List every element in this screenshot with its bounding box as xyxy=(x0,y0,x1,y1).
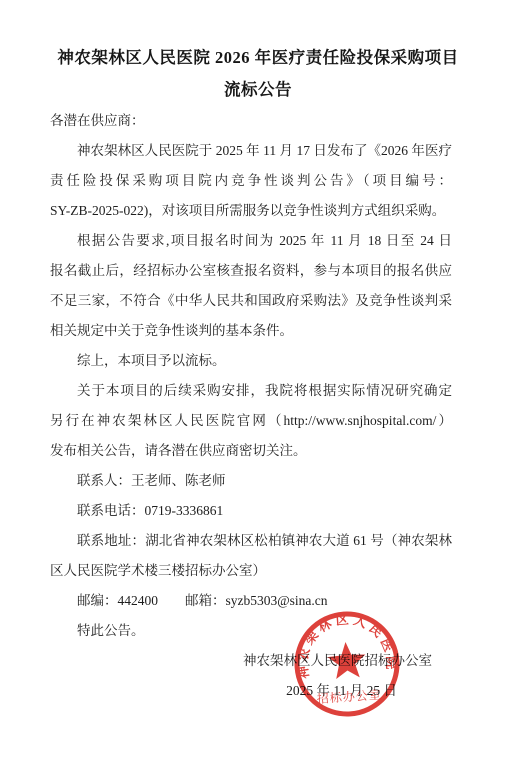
title-line-2: 流标公告 xyxy=(0,74,516,106)
stamp-star-icon xyxy=(327,641,367,680)
paragraph-2-line-3: 不足三家，不符合《中华人民共和国政府采购法》及竞争性谈判采购 xyxy=(50,286,452,316)
paragraph-4-line-2: 另行在神农架林区人民医院官网（http://www.snjhospital.co… xyxy=(50,406,452,436)
contact-address-line-2: 区人民医院学术楼三楼招标办公室） xyxy=(50,556,452,586)
salutation-line: 各潜在供应商： xyxy=(50,106,452,136)
paragraph-1-line-1: 神农架林区人民医院于 2025 年 11 月 17 日发布了《2026 年医疗 xyxy=(50,136,452,166)
paragraph-2-line-1: 根据公告要求,项目报名时间为 2025 年 11 月 18 日至 24 日 17… xyxy=(50,226,452,256)
paragraph-4-line-3: 发布相关公告，请各潜在供应商密切关注。 xyxy=(50,436,452,466)
contact-address-line-1: 联系地址：湖北省神农架林区松柏镇神农大道 61 号（神农架林 xyxy=(50,526,452,556)
conclusion-line: 综上，本项目予以流标。 xyxy=(50,346,452,376)
document-title: 神农架林区人民医院 2026 年医疗责任险投保采购项目 流标公告 xyxy=(0,42,516,106)
document-page: 神农架林区人民医院 2026 年医疗责任险投保采购项目 流标公告 各潜在供应商：… xyxy=(0,0,516,776)
contact-person-line: 联系人：王老师、陈老师 xyxy=(50,466,452,496)
official-seal-stamp: 神农架林区人民医院 招标办公室 xyxy=(288,605,405,722)
paragraph-4-line-1: 关于本项目的后续采购安排，我院将根据实际情况研究确定后， xyxy=(50,376,452,406)
paragraph-2-line-2: 报名截止后，经招标办公室核查报名资料，参与本项目的报名供应商 xyxy=(50,256,452,286)
paragraph-1-line-2: 责任险投保采购项目院内竞争性谈判公告》（项目编号： xyxy=(50,166,452,196)
title-line-1: 神农架林区人民医院 2026 年医疗责任险投保采购项目 xyxy=(0,42,516,74)
contact-phone-line: 联系电话：0719-3336861 xyxy=(50,496,452,526)
stamp-office-text: 招标办公室 xyxy=(316,687,382,706)
paragraph-2-line-4: 相关规定中关于竞争性谈判的基本条件。 xyxy=(50,316,452,346)
paragraph-1-line-3: SY-ZB-2025-022)，对该项目所需服务以竞争性谈判方式组织采购。 xyxy=(50,196,452,226)
